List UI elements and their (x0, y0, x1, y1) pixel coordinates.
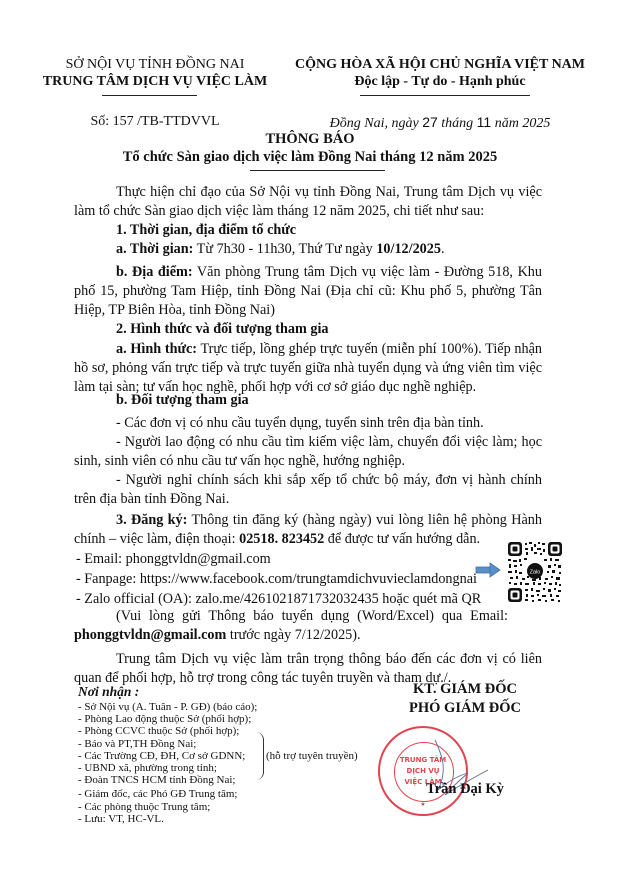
national-motto: Độc lập - Tự do - Hạnh phúc (290, 74, 590, 90)
notice-subtitle: Tổ chức Sàn giao dịch việc làm Đồng Nai … (0, 149, 620, 166)
time-text: Từ 7h30 - 11h30, Thứ Tư ngày (193, 241, 376, 257)
signature-title-2: PHÓ GIÁM ĐỐC (380, 700, 550, 717)
recipient-item: - Lưu: VT, HC-VL. (78, 813, 257, 825)
subtitle-underline (250, 170, 385, 171)
contact-email[interactable]: - Email: phonggtvldn@gmail.com (76, 551, 271, 568)
note-line-2: phonggtvldn@gmail.com trước ngày 7/12/20… (74, 627, 361, 644)
format-label: a. Hình thức: (116, 341, 197, 357)
recipients-heading: Nơi nhận : (78, 684, 139, 700)
agency-parent: SỞ NỘI VỤ TỈNH ĐỒNG NAI (40, 57, 270, 73)
date-year: năm 2025 (495, 116, 551, 131)
document-number: Số: 157 /TB-TTDVVL (40, 114, 270, 130)
contact-zalo[interactable]: - Zalo official (OA): zalo.me/4261021871… (76, 591, 481, 608)
recipient-item: - Phòng CCVC thuộc Sở (phối hợp); (78, 725, 257, 737)
recipient-item: - Phòng Lao động thuộc Sở (phối hợp); (78, 713, 257, 725)
recipient-item: - Đoàn TNCS HCM tỉnh Đồng Nai; (78, 774, 257, 786)
note-deadline: trước ngày 7/12/2025). (226, 627, 360, 643)
section-1a: a. Thời gian: Từ 7h30 - 11h30, Thứ Tư ng… (116, 241, 445, 258)
section-2-heading: 2. Hình thức và đối tượng tham gia (116, 321, 329, 338)
document-date: Đồng Nai, ngày 27 tháng 11 năm 2025 (290, 114, 590, 132)
note-email[interactable]: phonggtvldn@gmail.com (74, 627, 226, 643)
recipient-item: - UBND xã, phường trong tỉnh; (78, 762, 257, 774)
section-3: 3. Đăng ký: Thông tin đăng ký (hàng ngày… (74, 511, 542, 549)
recipients-list: - Sở Nội vụ (A. Tuân - P. GĐ) (báo cáo);… (78, 701, 257, 825)
recipient-item: - Các phòng thuộc Trung tâm; (78, 801, 257, 813)
section-1-heading: 1. Thời gian, địa điểm tổ chức (116, 222, 296, 239)
participant-item-1: - Các đơn vị có nhu cầu tuyển dụng, tuyể… (74, 414, 542, 433)
date-day: 27 (422, 114, 438, 130)
agency-name: TRUNG TÂM DỊCH VỤ VIỆC LÀM (40, 74, 270, 90)
recipient-item: - Giám đốc, các Phó GĐ Trung tâm; (78, 788, 257, 800)
time-label: a. Thời gian: (116, 241, 193, 257)
contact-fanpage[interactable]: - Fanpage: https://www.facebook.com/trun… (76, 571, 477, 588)
agency-underline (102, 95, 197, 96)
notice-title: THÔNG BÁO (0, 131, 620, 148)
date-prefix: Đồng Nai, ngày (330, 116, 419, 131)
recipient-item: - Báo và PT,TH Đồng Nai; (78, 738, 257, 750)
zalo-qr-code[interactable]: Zalo (507, 541, 563, 603)
zalo-logo: Zalo (530, 570, 541, 576)
registration-end: để được tư vấn hướng dẫn. (324, 531, 480, 547)
section-2a: a. Hình thức: Trực tiếp, lồng ghép trực … (74, 340, 542, 397)
section-1b: b. Địa điểm: Văn phòng Trung tâm Dịch vụ… (74, 263, 542, 320)
event-date: 10/12/2025 (376, 241, 441, 257)
section-2b-heading: b. Đối tượng tham gia (116, 392, 249, 409)
phone-number: 02518. 823452 (239, 531, 324, 547)
arrow-right-icon (475, 562, 501, 578)
date-month: 11 (477, 114, 492, 130)
intro-paragraph: Thực hiện chỉ đạo của Sở Nội vụ tỉnh Đồn… (74, 183, 542, 221)
participant-item-2: - Người lao động có nhu cầu tìm kiếm việ… (74, 433, 542, 471)
national-title: CỘNG HÒA XÃ HỘI CHỦ NGHĨA VIỆT NAM (290, 57, 590, 73)
recipient-item: - Các Trường CĐ, ĐH, Cơ sở GDNN; (78, 750, 257, 762)
note-line: (Vui lòng gửi Thông báo tuyển dụng (Word… (116, 608, 508, 625)
signatory-name: Trần Đại Kỳ (400, 781, 530, 798)
stamp-star-icon: ★ (380, 801, 466, 808)
recipients-group-note: (hỗ trợ tuyên truyền) (266, 750, 358, 762)
motto-underline (360, 95, 530, 96)
signature-title-1: KT. GIÁM ĐỐC (380, 681, 550, 698)
date-month-label: tháng (441, 116, 473, 131)
time-end: . (441, 241, 445, 257)
registration-label: 3. Đăng ký: (116, 512, 187, 528)
recipient-item: - Sở Nội vụ (A. Tuân - P. GĐ) (báo cáo); (78, 701, 257, 713)
recipients-brace (255, 732, 264, 780)
location-label: b. Địa điểm: (116, 264, 193, 280)
participant-item-3: - Người nghỉ chính sách khi sắp xếp tổ c… (74, 471, 542, 509)
